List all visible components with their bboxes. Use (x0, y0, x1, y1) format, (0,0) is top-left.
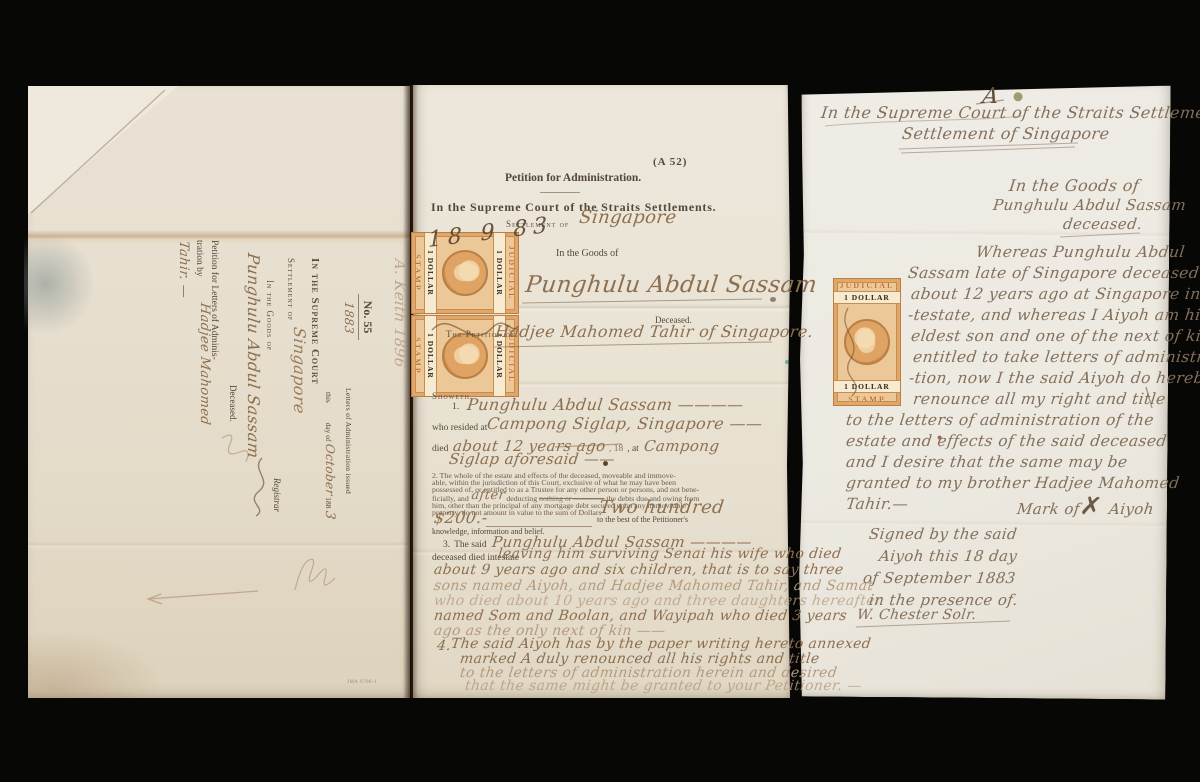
stamp-dollar-label: 1 DOLLAR (834, 291, 900, 304)
divider (358, 294, 359, 340)
died-at: , at (627, 444, 639, 454)
died-place2: Siglap aforesaid —— (448, 450, 616, 468)
torn-corner-fold (28, 86, 178, 214)
docket-settlement-value: Singapore (290, 326, 309, 415)
deceased-name: Punghulu Abdul Sassam (524, 272, 819, 298)
body-line: Whereas Punghulu Abdul (975, 243, 1186, 261)
body-line: -tion, now I the said Aiyoh do hereby (908, 369, 1200, 387)
right-goods-1: In the Goods of (1008, 176, 1140, 195)
body-line: and I desire that the same may be (845, 453, 1129, 471)
resided-value: Campong Siglap, Singapore —— (486, 414, 764, 433)
goods-label: In the Goods of (556, 248, 619, 259)
clause2-struck-text: nothing or ———— (539, 494, 604, 503)
clause3-hw-line: about 9 years ago and six children, that… (433, 562, 845, 578)
attestation-line: Signed by the said (868, 525, 1018, 543)
docket-petitioner-2: Tahir. — (176, 240, 191, 299)
belief-line1: to the best of the Petitioner's (597, 515, 688, 524)
clause3-hw-line: named Som and Boolan, and Wayipah who di… (433, 608, 848, 624)
clause4-hw-line: The said Aiyoh has by the paper writing … (450, 636, 872, 652)
ink-spot (785, 360, 789, 364)
stamp-dollar-label: 1 DOLLAR (493, 233, 506, 313)
registrar-label: Registrar (272, 478, 282, 512)
stamp-emblem (437, 316, 493, 396)
mark-label: Mark of (1016, 500, 1081, 518)
attestation-line: of September 1883 (862, 569, 1017, 587)
clause3-hw-line: who died about 10 years ago and three da… (433, 593, 883, 609)
body-line: renounce all my right and title (912, 390, 1167, 408)
printer-mark: JMA 6708-1 (347, 680, 377, 685)
body-line: Sassam late of Singapore deceased died (907, 264, 1200, 282)
docket-deceased-name: Punghulu Abdul Sassam (244, 252, 263, 460)
right-heading-2: Settlement of Singapore (901, 124, 1111, 143)
queen-portrait-emblem (844, 319, 890, 365)
docket-settlement-label: Settlement of (286, 258, 296, 321)
body-line: -testate, and whereas I Aiyoh am his (907, 306, 1200, 324)
case-year: 1883 (342, 278, 356, 358)
seal-dot (1014, 92, 1023, 101)
body-line: about 12 years ago at Singapore in- (910, 285, 1200, 303)
water-stain (24, 234, 94, 334)
form-title: Petition for Administration. (505, 172, 641, 184)
resided-label: who resided at (432, 423, 487, 433)
docket-deceased-label: Deceased. (228, 385, 238, 422)
stamp-stamp-label: STAMP (834, 393, 900, 405)
stamp-judicial-label: JUDICIAL (834, 279, 900, 291)
ink-dot (603, 461, 608, 466)
docket-petitioner: Hadjee Mahomed (197, 302, 212, 426)
docket-rotated-text: A. Keith 1896 No. 55 1883 In the Supreme… (175, 90, 415, 700)
amount-figures: $200.- (433, 508, 489, 527)
clause3-number: 3. (443, 540, 450, 550)
stamp-stamp-label: STAMP (412, 233, 424, 313)
body-line: Tahir.— (845, 495, 909, 513)
body-line: eldest son and one of the next of kin (910, 327, 1200, 345)
body-line: to the letters of administration of the (845, 411, 1155, 429)
stamp-emblem (834, 304, 900, 380)
witness-signature: W. Chester Solr. (856, 607, 978, 623)
queen-portrait-emblem (442, 333, 488, 379)
title-rule (540, 192, 580, 193)
clause1-number: 1. (452, 402, 459, 412)
stamp-judicial-label: JUDICIAL (506, 233, 518, 313)
docket-court-heading: In the Supreme Court (309, 258, 321, 385)
edge-stain (28, 634, 158, 698)
docket-goods-label: In the Goods of (265, 280, 275, 351)
body-line: entitled to take letters of administra- (912, 348, 1200, 366)
issued-this: this (324, 392, 333, 403)
petitioner-value: Hadjee Mahomed Tahir of Singapore. (494, 322, 814, 341)
died-label: died (432, 444, 448, 454)
right-goods-2: Punghulu Abdul Sassam (992, 196, 1187, 214)
form-code: (A 52) (653, 156, 687, 168)
document-photo: A. Keith 1896 No. 55 1883 In the Supreme… (0, 0, 1200, 782)
clause3-hw-line: sons named Aiyoh, and Hadjee Mahomed Tah… (433, 578, 874, 594)
judicial-stamp: JUDICIAL 1 DOLLAR 1 DOLLAR STAMP (833, 278, 901, 406)
stamp-dollar-label: 1 DOLLAR (424, 316, 437, 396)
issued-month: October (323, 443, 337, 497)
body-line: granted to my brother Hadjee Mahomed (845, 474, 1181, 492)
clause3-label: The said (454, 540, 486, 550)
clause4-hw-line: that the same might be granted to your P… (464, 678, 863, 694)
case-number: No. 55 (360, 278, 375, 356)
settlement-value: Singapore (578, 207, 678, 228)
issued-year-hw: 3 (322, 510, 337, 521)
issued-line1: Letters of Administration issued (344, 388, 353, 494)
docket-petition-line2: tration by (194, 240, 204, 277)
pencil-note: A. Keith 1896 (391, 258, 409, 369)
right-goods-3: deceased. (1062, 215, 1143, 233)
case-number-block: No. 55 1883 (342, 278, 375, 356)
stamp-stamp-label: STAMP (412, 316, 424, 396)
mark-cross: ✗ (1078, 491, 1104, 524)
clause1-name: Punghulu Abdul Sassam ———— (466, 395, 745, 414)
attestation-line: Aiyoh this 18 day (878, 547, 1018, 565)
mark-name: Aiyoh (1108, 500, 1155, 518)
queen-portrait-emblem (442, 250, 488, 296)
stamp-dollar-label: 1 DOLLAR (834, 380, 900, 393)
right-heading-1: In the Supreme Court of the Straits Sett… (820, 103, 1200, 122)
body-line: estate and effects of the said deceased (845, 432, 1168, 450)
died-place1: Campong (643, 437, 721, 455)
issued-line2: this day of October 188 3 (322, 392, 337, 519)
issued-dayof: day of (324, 423, 333, 442)
clause3-hw-line: leaving him surviving Senai his wife who… (497, 546, 842, 562)
issued-year: 188 (324, 497, 333, 508)
clause2-insert-after: after (471, 492, 506, 499)
